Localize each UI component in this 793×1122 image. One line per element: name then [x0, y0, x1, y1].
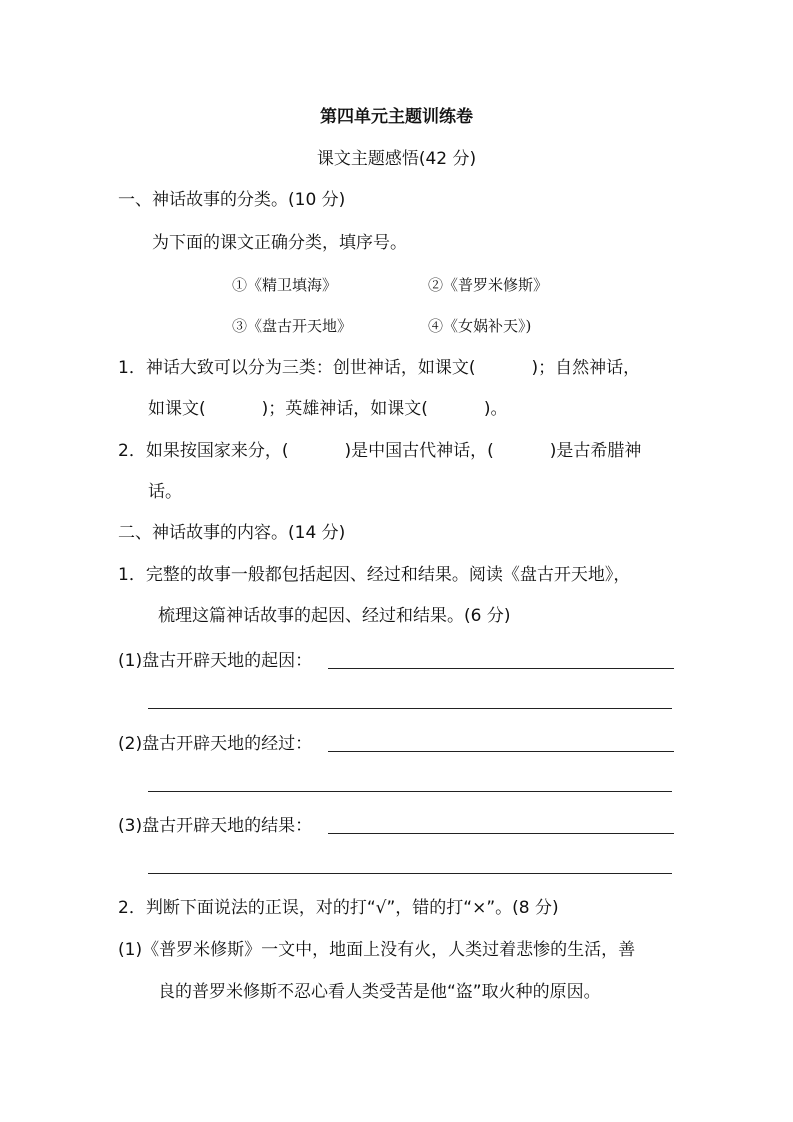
part2-label: (2)盘古开辟天地的经过： [118, 733, 312, 755]
option-1: ①《精卫填海》 [232, 274, 337, 296]
section1-instruction: 为下面的课文正确分类，填序号。 [152, 232, 407, 254]
answer-line[interactable] [148, 791, 672, 792]
s1-q1-text-c: 如课文( [148, 399, 206, 419]
option-4: ④《女娲补天》) [428, 315, 531, 337]
answer-line[interactable] [148, 873, 672, 874]
s1-q1-text-d: )；英雄神话，如课文( [262, 399, 428, 419]
s1-q1-line1: 1．神话大致可以分为三类：创世神话，如课文()；自然神话， [118, 357, 640, 379]
s1-q2-text-b: )是中国古代神话，( [344, 441, 493, 461]
section1-heading: 一、神话故事的分类。(10 分) [118, 189, 345, 211]
section2-heading: 二、神话故事的内容。(14 分) [118, 522, 345, 544]
part3-label: (3)盘古开辟天地的结果： [118, 815, 312, 837]
answer-line[interactable] [328, 668, 674, 669]
s1-q1-line2: 如课文()；英雄神话，如课文()。 [148, 398, 508, 420]
page-subtitle: 课文主题感悟(42 分) [0, 148, 793, 170]
option-3: ③《盘古开天地》 [232, 315, 352, 337]
option-2: ②《普罗米修斯》 [428, 274, 548, 296]
s1-q1-text-b: )；自然神话， [531, 358, 640, 378]
s2-q2-line1: 2．判断下面说法的正误，对的打“√”，错的打“×”。(8 分) [118, 897, 559, 919]
s2-q1-line2: 梳理这篇神话故事的起因、经过和结果。(6 分) [158, 605, 510, 627]
answer-line[interactable] [328, 751, 674, 752]
s2-q1-line1: 1．完整的故事一般都包括起因、经过和结果。阅读《盘古开天地》， [118, 564, 630, 586]
s2-q2-item1-line2: 良的普罗米修斯不忍心看人类受苦是他“盗”取火种的原因。 [158, 981, 601, 1003]
s1-q2-line2: 话。 [148, 481, 182, 503]
s1-q2-line1: 2．如果按国家来分，()是中国古代神话，()是古希腊神 [118, 440, 641, 462]
s2-q2-item1-line1: (1)《普罗米修斯》一文中，地面上没有火，人类过着悲惨的生活，善 [118, 939, 635, 961]
part1-label: (1)盘古开辟天地的起因： [118, 650, 312, 672]
answer-line[interactable] [148, 708, 672, 709]
s1-q1-text-a: 1．神话大致可以分为三类：创世神话，如课文( [118, 358, 475, 378]
s1-q1-text-e: )。 [484, 399, 508, 419]
s1-q2-text-c: )是古希腊神 [550, 441, 642, 461]
page-title: 第四单元主题训练卷 [0, 106, 793, 128]
s1-q2-text-a: 2．如果按国家来分，( [118, 441, 288, 461]
answer-line[interactable] [328, 833, 674, 834]
